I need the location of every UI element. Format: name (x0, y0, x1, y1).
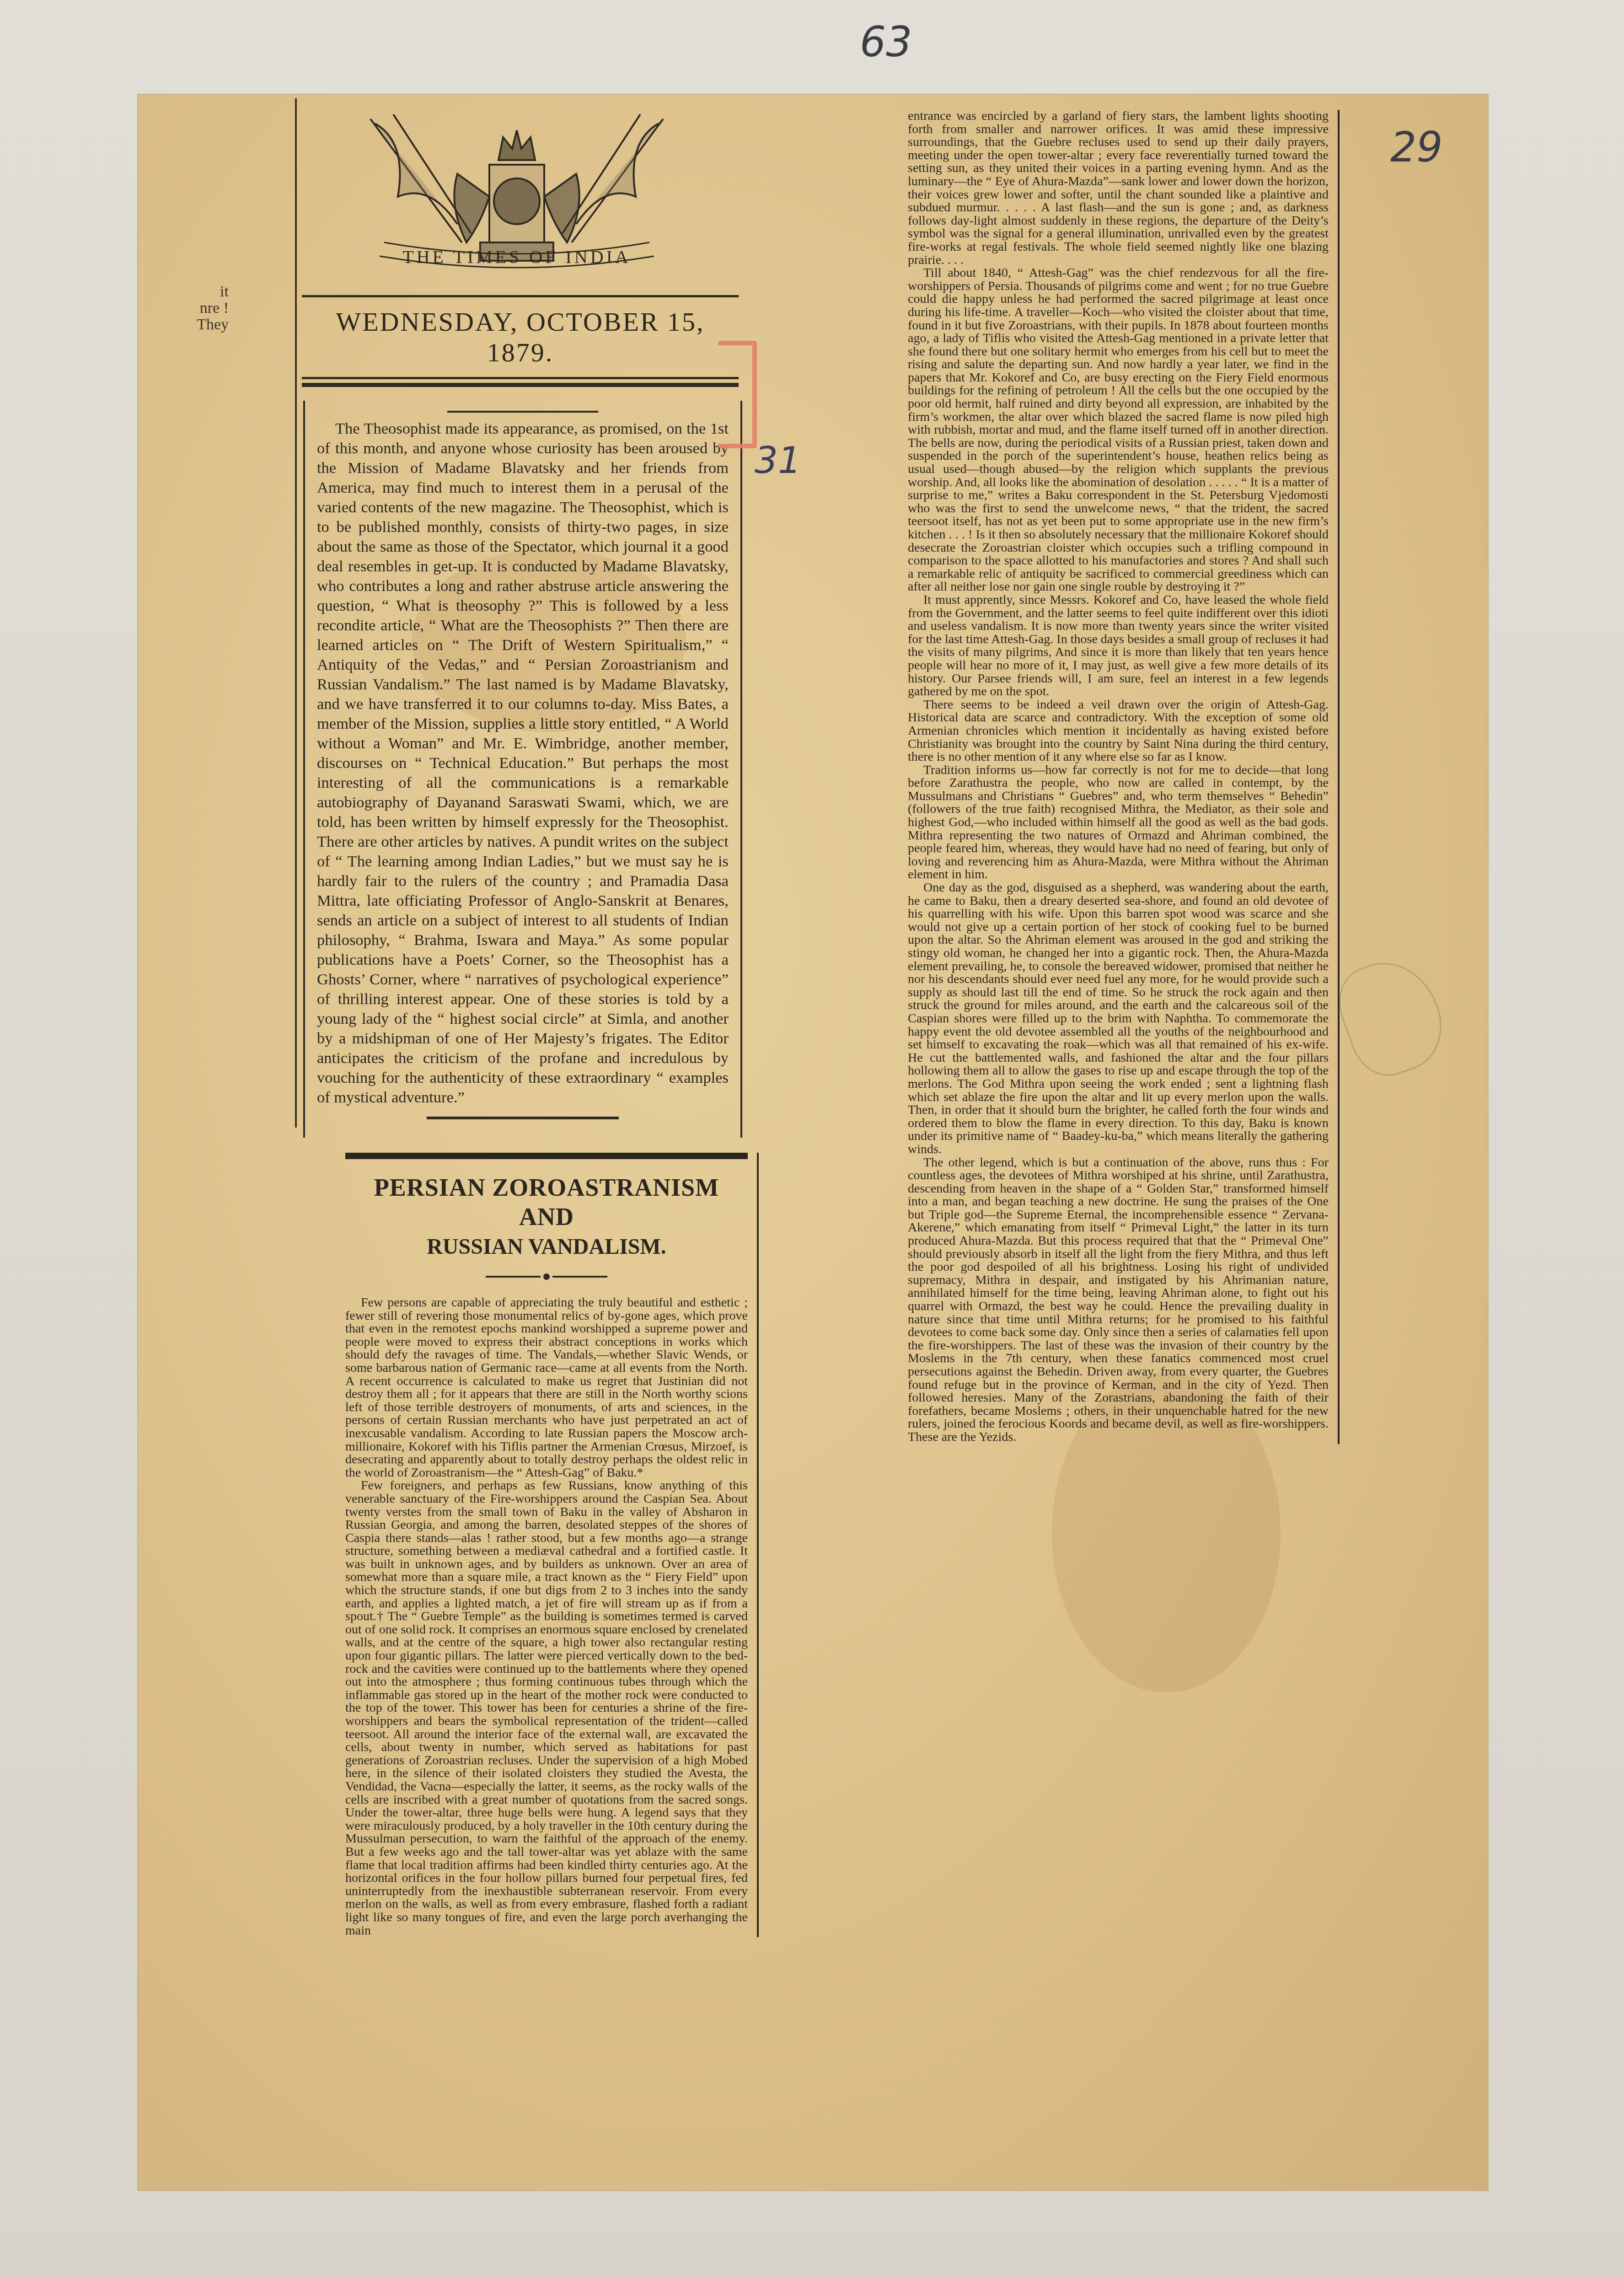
headline-ornament-divider (345, 1268, 748, 1284)
dateline: WEDNESDAY, OCTOBER 15, 1879. (302, 306, 739, 368)
article-paragraph: One day as the god, disguised as a sheph… (908, 881, 1329, 1156)
article-headline: PERSIAN ZOROASTRANISM AND (345, 1173, 748, 1231)
masthead-rule (302, 295, 739, 297)
article-end-rule (427, 1117, 619, 1119)
article-paragraph: It must apprently, since Messrs. Kokoref… (908, 594, 1329, 698)
article-paragraph: entrance was encircled by a garland of f… (908, 110, 1329, 267)
royal-crest-icon: THE TIMES OF INDIA (343, 105, 691, 288)
headline-top-rule (345, 1153, 748, 1159)
stray-text-fragment: it nre ! They (165, 284, 229, 333)
article-paragraph: Tradition informs us—how far correctly i… (908, 764, 1329, 881)
article-paragraph: The Theosophist made its appearance, as … (317, 419, 729, 1107)
theosophist-review-article: The Theosophist made its appearance, as … (303, 401, 742, 1138)
left-column: THE TIMES OF INDIA WEDNESDAY, OCTOBER 15… (295, 98, 739, 1138)
article-paragraph: Few persons are capable of appreciating … (345, 1296, 748, 1479)
article-headline-line2: RUSSIAN VANDALISM. (345, 1233, 748, 1261)
stray-fragment-line: They (165, 317, 229, 333)
right-column-continuation: entrance was encircled by a garland of f… (903, 110, 1340, 1444)
page-number-annotation: 63 (860, 18, 912, 66)
article-paragraph: The other legend, which is but a continu… (908, 1156, 1329, 1444)
article-paragraph: Few foreigners, and perhaps as few Russi… (345, 1479, 748, 1937)
dateline-rule (302, 377, 739, 379)
red-crayon-bracket-mark (718, 341, 757, 448)
article-top-rule (447, 411, 598, 413)
article-paragraph: There seems to be indeed a veil drawn ov… (908, 698, 1329, 764)
dateline-rule-thick (302, 383, 739, 387)
stray-fragment-line: nre ! (165, 300, 229, 317)
clipping-number-annotation: 29 (1390, 124, 1443, 172)
stray-fragment-line: it (165, 284, 229, 300)
masthead-banner-text: THE TIMES OF INDIA (402, 247, 631, 267)
pencil-number-annotation: 31 (755, 439, 801, 482)
masthead: THE TIMES OF INDIA (295, 98, 739, 295)
persian-zoroastranism-article: PERSIAN ZOROASTRANISM AND RUSSIAN VANDAL… (341, 1153, 759, 1937)
article-paragraph: Till about 1840, “ Attesh-Gag” was the c… (908, 267, 1329, 594)
